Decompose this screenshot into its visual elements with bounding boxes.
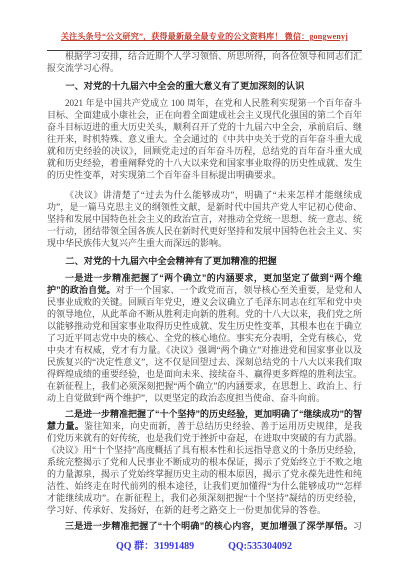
document-body: 根据学习安排，结合近期个人学习领悟、所思所得，向各位领导和同志们汇报交流学习心得… — [47, 50, 362, 548]
header-promo-text: 关注头条号“公文研究”，获得最新最全最专业的公文资料库！ 微信：gongweny… — [61, 32, 348, 41]
document-page: 关注头条号“公文研究”，获得最新最全最专业的公文资料库！ 微信：gongweny… — [0, 0, 408, 580]
section-2-point-1: 一是进一步精准把握了“两个确立”的内涵要求，更加坚定了做到“两个维护”的政治自觉… — [47, 272, 362, 404]
point-3-lead: 三是进一步精准把握了“十个明确”的核心内容，更加增强了深学厚悟。 — [65, 521, 353, 531]
section-1-paragraph-2: 《决议》讲清楚了“过去为什么能够成功”，明确了“未来怎样才能继续成功”，是一篇马… — [47, 189, 362, 249]
intro-paragraph: 根据学习安排，结合近期个人学习领悟、所思所得，向各位领导和同志们汇报交流学习心得… — [47, 50, 362, 74]
footer-contact-bar: QQ 群：31991489QQ:535304092 — [0, 533, 408, 580]
header-promo-bar: 关注头条号“公文研究”，获得最新最全最专业的公文资料库！ 微信：gongweny… — [47, 26, 362, 51]
section-2-point-2: 二是进一步精准把握了“十个坚持”的历史经验，更加明确了“继续成功”的智慧力量。鉴… — [47, 408, 362, 516]
point-2-body: 鉴往知来，向史而新，善于总结历史经验、善于运用历史规律，是我们党历来就有的好传统… — [47, 421, 362, 515]
section-2-heading: 二、对党的十九届六中全会精神有了更加精准的把握 — [47, 255, 362, 267]
section-1-paragraph-1: 2021 年是中国共产党成立 100 周年，在党和人民胜利实现第一个百年奋斗目标… — [47, 97, 362, 181]
qq-number: QQ:535304092 — [228, 541, 292, 552]
section-1-heading: 一、对党的十九届六中全会的重大意义有了更加深刻的认识 — [47, 80, 362, 92]
point-1-body: 对于一个国家、一个政党而言，领导核心至关重要，是党和人民事业成败的关键。回顾百年… — [47, 285, 362, 403]
qq-group-number: QQ 群：31991489 — [116, 541, 194, 552]
